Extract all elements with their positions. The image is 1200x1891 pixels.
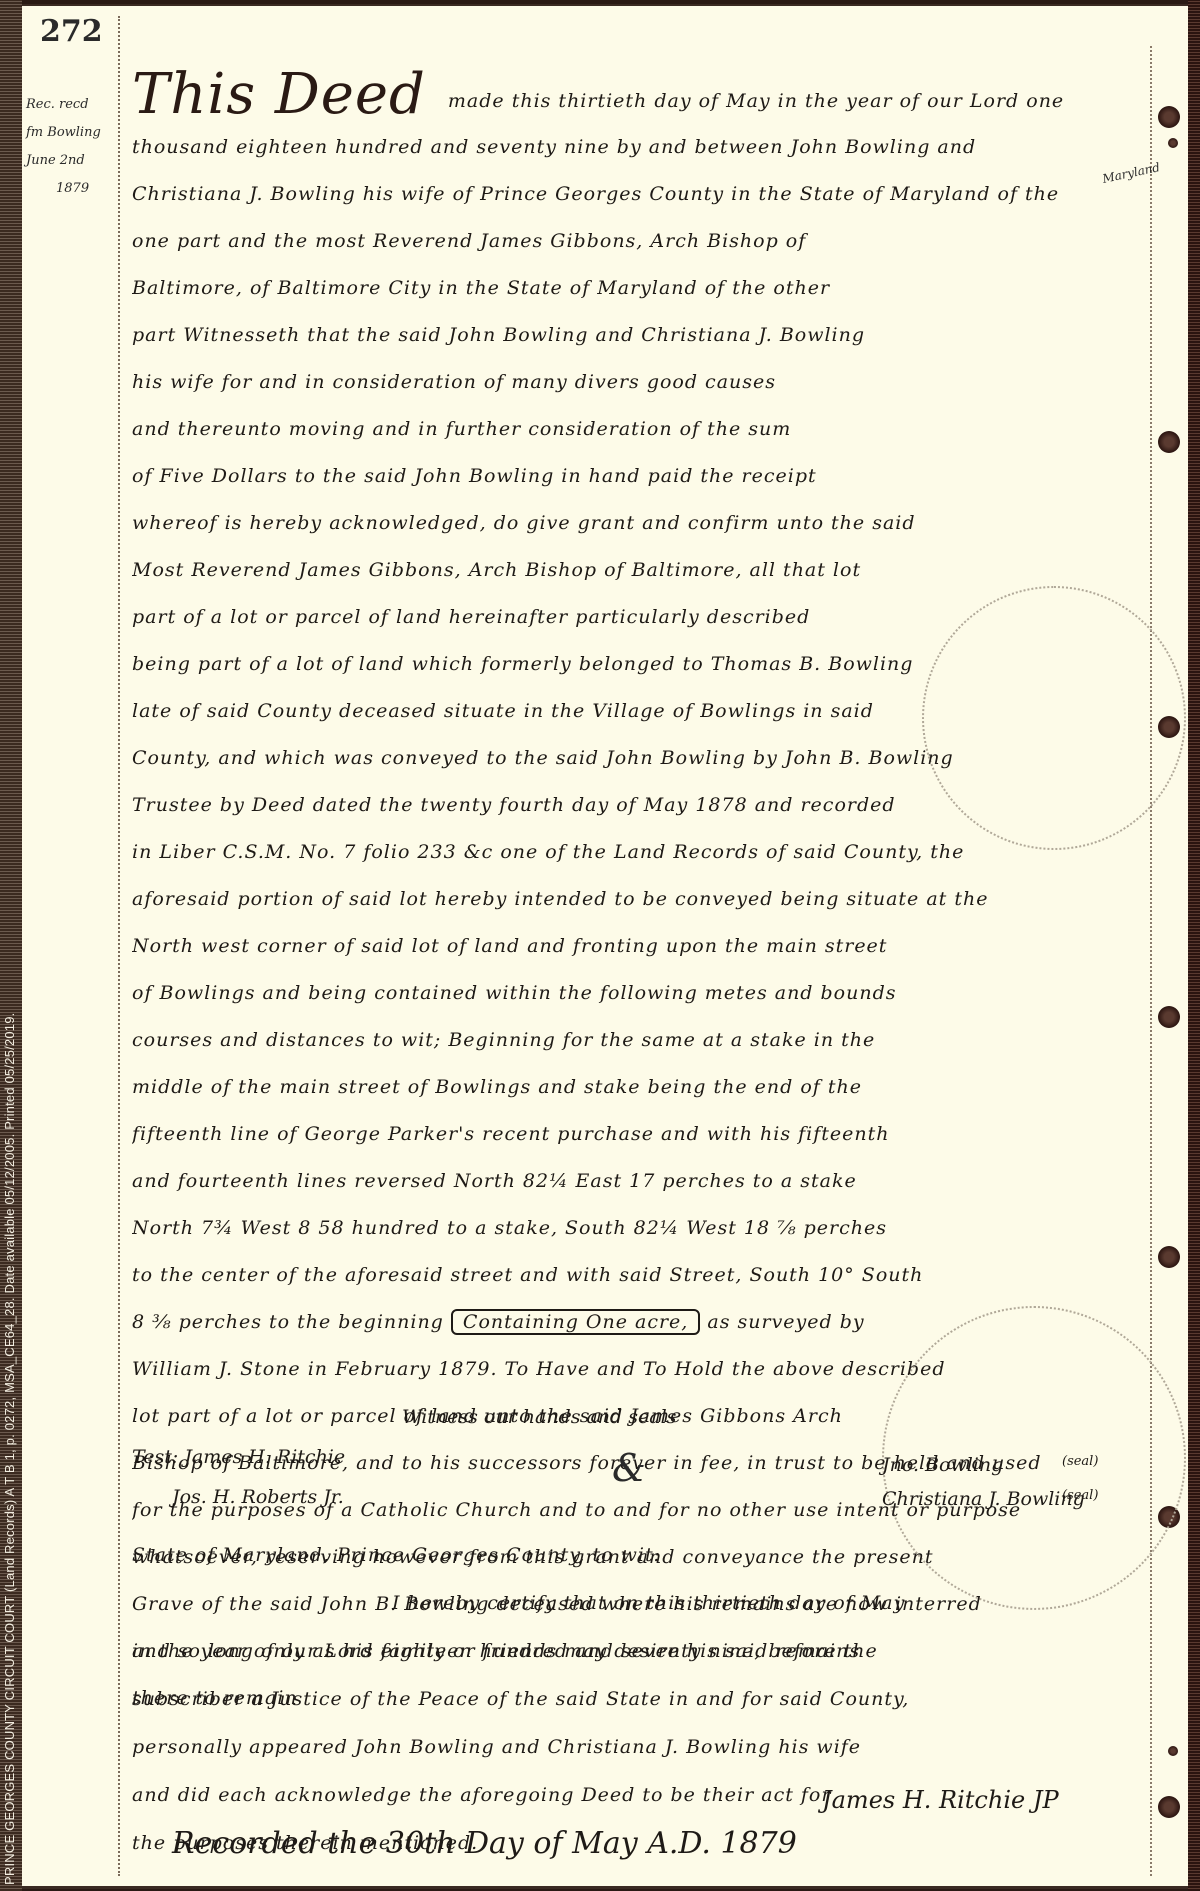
- binder-hole-icon: [1158, 1246, 1180, 1268]
- witness-signature: Jos. H. Roberts Jr.: [172, 1486, 344, 1508]
- acknowledgment-certificate: State of Maryland, Prince Georges County…: [132, 1531, 1142, 1867]
- margin-note: Rec. recd fm Bowling June 2nd 1879: [26, 91, 116, 203]
- recorded-date-line: Recorded the 30th Day of May A.D. 1879: [172, 1826, 797, 1861]
- body-line: 8 ⅜ perches to the beginning: [132, 1311, 444, 1333]
- certificate-line: personally appeared John Bowling and Chr…: [132, 1723, 1142, 1771]
- body-line: aforesaid portion of said lot hereby int…: [132, 876, 1142, 923]
- archive-margin-stamp: PRINCE GEORGES COUNTY CIRCUIT COURT (Lan…: [2, 1013, 17, 1885]
- flourish-mark: &: [612, 1446, 646, 1490]
- seal-label: (seal): [1062, 1488, 1098, 1503]
- deed-page: 272 Rec. recd fm Bowling June 2nd 1879 M…: [22, 4, 1188, 1889]
- deed-title: This Deed: [132, 66, 426, 124]
- justice-signature: James H. Ritchie JP: [822, 1786, 1059, 1814]
- margin-note-line: June 2nd: [26, 147, 116, 175]
- binder-hole-icon: [1158, 1796, 1180, 1818]
- body-line: thousand eighteen hundred and seventy ni…: [132, 124, 1142, 171]
- body-line: courses and distances to wit; Beginning …: [132, 1017, 1142, 1064]
- left-margin-rule: [118, 16, 120, 1876]
- margin-note-line: fm Bowling: [26, 119, 116, 147]
- binder-hole-icon: [1158, 106, 1180, 128]
- right-margin-rule: [1150, 46, 1152, 1876]
- page-number: 272: [40, 14, 103, 49]
- witness-header: Witness our hands and seals: [402, 1406, 676, 1428]
- body-line: North 7¾ West 8 58 hundred to a stake, S…: [132, 1205, 1142, 1252]
- body-line: being part of a lot of land which former…: [132, 641, 1142, 688]
- body-line: as surveyed by: [707, 1311, 864, 1333]
- certificate-line: subscriber a Justice of the Peace of the…: [132, 1675, 1142, 1723]
- body-line: of Five Dollars to the said John Bowling…: [132, 453, 1142, 500]
- body-line: fifteenth line of George Parker's recent…: [132, 1111, 1142, 1158]
- body-line: Trustee by Deed dated the twenty fourth …: [132, 782, 1142, 829]
- body-line: whereof is hereby acknowledged, do give …: [132, 500, 1142, 547]
- certificate-header: State of Maryland, Prince Georges County…: [132, 1531, 1142, 1579]
- body-line: to the center of the aforesaid street an…: [132, 1252, 1142, 1299]
- body-line: and fourteenth lines reversed North 82¼ …: [132, 1158, 1142, 1205]
- body-line-with-box: 8 ⅜ perches to the beginning Containing …: [132, 1299, 1142, 1346]
- body-line: Baltimore, of Baltimore City in the Stat…: [132, 265, 1142, 312]
- body-line: one part and the most Reverend James Gib…: [132, 218, 1142, 265]
- right-binding-edge: [1188, 0, 1200, 1891]
- binder-hole-icon: [1158, 431, 1180, 453]
- grantor-signature: Christiana J. Bowling: [882, 1488, 1085, 1510]
- binder-hole-icon: [1168, 1746, 1178, 1756]
- boxed-acreage: Containing One acre,: [451, 1309, 700, 1335]
- body-line: late of said County deceased situate in …: [132, 688, 1142, 735]
- body-line: in Liber C.S.M. No. 7 folio 233 &c one o…: [132, 829, 1142, 876]
- body-line: William J. Stone in February 1879. To Ha…: [132, 1346, 1142, 1393]
- body-line: part of a lot or parcel of land hereinaf…: [132, 594, 1142, 641]
- body-line: middle of the main street of Bowlings an…: [132, 1064, 1142, 1111]
- body-line: of Bowlings and being contained within t…: [132, 970, 1142, 1017]
- margin-note-line: 1879: [26, 175, 116, 203]
- body-line: part Witnesseth that the said John Bowli…: [132, 312, 1142, 359]
- binder-hole-icon: [1168, 138, 1178, 148]
- body-line: his wife for and in consideration of man…: [132, 359, 1142, 406]
- body-line: and thereunto moving and in further cons…: [132, 406, 1142, 453]
- body-line: Most Reverend James Gibbons, Arch Bishop…: [132, 547, 1142, 594]
- body-line: made this thirtieth day of May in the ye…: [448, 90, 1064, 112]
- certificate-line: I hereby certify that on this thirtieth …: [132, 1579, 1142, 1627]
- body-line: North west corner of said lot of land an…: [132, 923, 1142, 970]
- witness-signature: Test: James H. Ritchie: [132, 1446, 345, 1468]
- margin-note-line: Rec. recd: [26, 91, 116, 119]
- certificate-line: in the year of our Lord eighteen hundred…: [132, 1627, 1142, 1675]
- body-line: County, and which was conveyed to the sa…: [132, 735, 1142, 782]
- binder-hole-icon: [1158, 1006, 1180, 1028]
- seal-label: (seal): [1062, 1454, 1098, 1469]
- grantor-signature: Jno. Bowling: [882, 1454, 1003, 1476]
- body-line: Christiana J. Bowling his wife of Prince…: [132, 171, 1142, 218]
